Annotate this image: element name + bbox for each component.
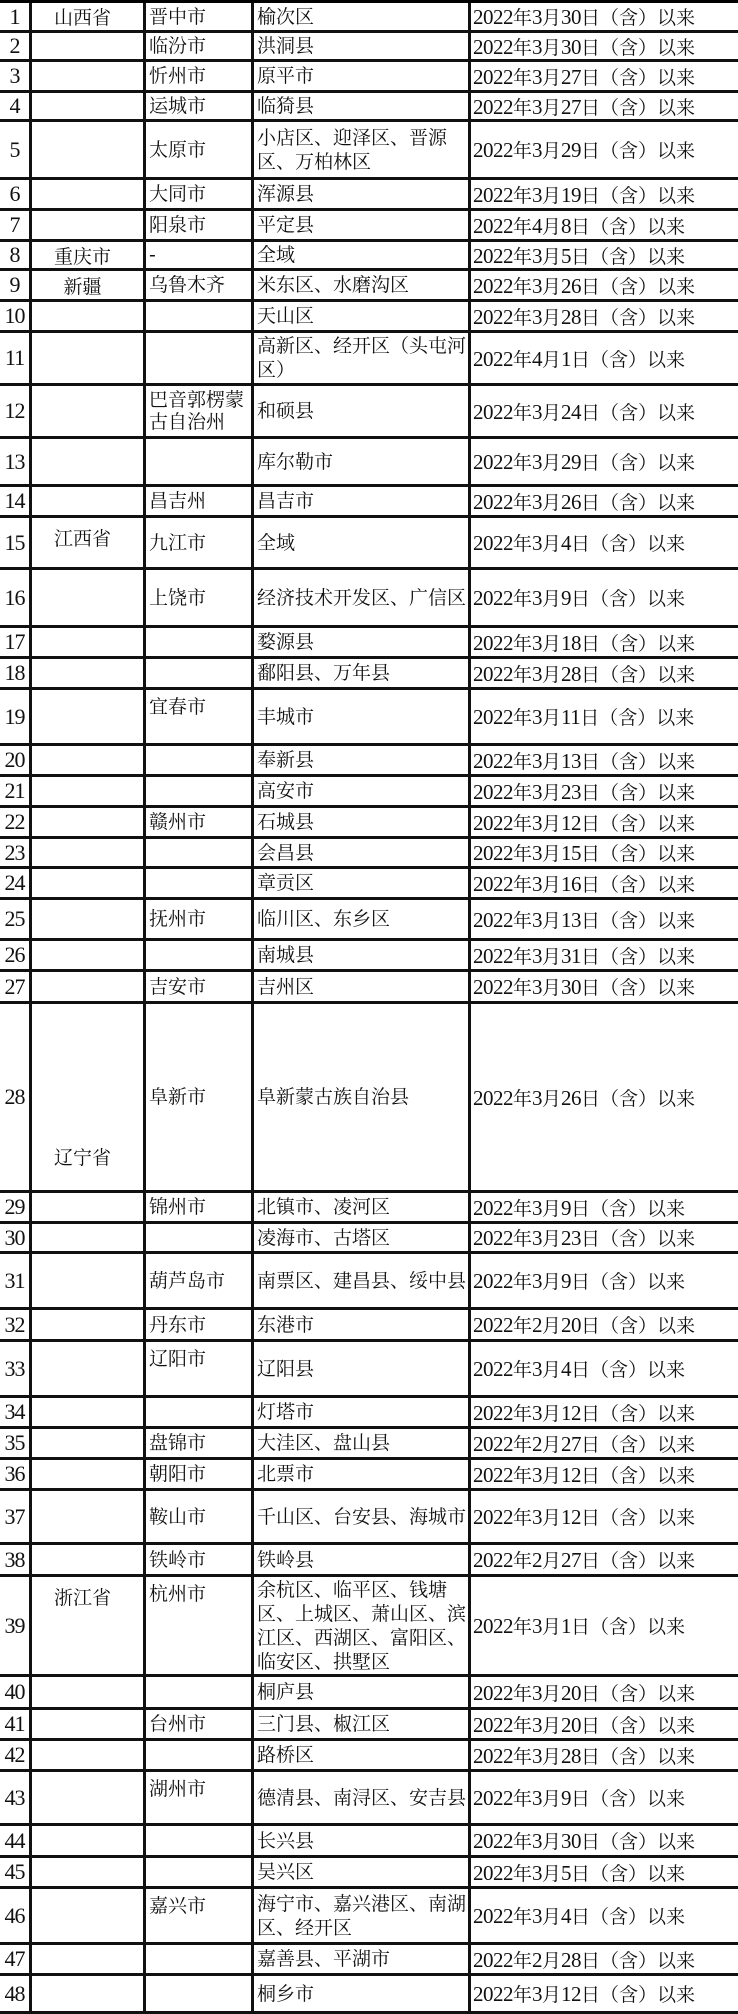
date-cell-text: 2022年3月23日（含）以来 xyxy=(473,1224,695,1251)
row-number-text: 1 xyxy=(10,4,20,30)
table-row: 14昌吉州昌吉市2022年3月26日（含）以来 xyxy=(0,487,738,518)
district-cell-text: 和硕县 xyxy=(257,399,314,423)
city-cell-text: 鞍山市 xyxy=(149,1506,206,1528)
row-number: 22 xyxy=(0,808,32,836)
city-cell-text: 阳泉市 xyxy=(149,214,206,236)
row-number: 16 xyxy=(0,570,32,625)
city-cell-text: 宜春市 xyxy=(149,696,206,718)
district-cell-text: 高安市 xyxy=(257,779,314,803)
province-cell: 浙江省 xyxy=(32,1577,146,1674)
row-number: 7 xyxy=(0,211,32,239)
date-cell: 2022年3月11日（含）以来 xyxy=(471,690,738,743)
date-cell-text: 2022年4月1日（含）以来 xyxy=(473,345,685,372)
city-cell: 九江市 xyxy=(146,518,254,567)
row-number-text: 37 xyxy=(5,1504,25,1530)
district-cell-text: 东港市 xyxy=(257,1313,314,1337)
table-row: 25抚州市临川区、东乡区2022年3月13日（含）以来 xyxy=(0,900,738,941)
row-number-text: 26 xyxy=(5,942,25,968)
row-number: 41 xyxy=(0,1710,32,1738)
district-cell: 全域 xyxy=(254,242,471,268)
city-cell: 台州市 xyxy=(146,1710,254,1738)
city-cell-text: 巴音郭楞蒙古自治州 xyxy=(149,389,251,433)
district-cell-text: 北镇市、凌河区 xyxy=(257,1195,390,1219)
city-cell-text: 朝阳市 xyxy=(149,1463,206,1485)
district-cell: 德清县、南浔区、安吉县 xyxy=(254,1772,471,1823)
date-cell-text: 2022年3月13日（含）以来 xyxy=(473,747,695,774)
district-cell: 米东区、水磨沟区 xyxy=(254,271,471,299)
row-number-text: 3 xyxy=(10,63,20,89)
city-cell-text: 九江市 xyxy=(149,532,206,554)
date-cell: 2022年3月5日（含）以来 xyxy=(471,242,738,268)
date-cell-text: 2022年3月18日（含）以来 xyxy=(473,629,695,656)
date-cell-text: 2022年3月29日（含）以来 xyxy=(473,136,695,163)
district-cell: 海宁市、嘉兴港区、南湖区、经开区 xyxy=(254,1889,471,1942)
date-cell: 2022年3月1日（含）以来 xyxy=(471,1577,738,1674)
city-cell-text: 上饶市 xyxy=(149,587,206,609)
date-cell: 2022年3月28日（含）以来 xyxy=(471,659,738,687)
table-row: 28辽宁省阜新市阜新蒙古族自治县2022年3月26日（含）以来 xyxy=(0,1004,738,1193)
date-cell-text: 2022年3月26日（含）以来 xyxy=(473,488,695,515)
row-number-text: 15 xyxy=(5,530,25,556)
row-number-text: 29 xyxy=(5,1194,25,1220)
district-cell-text: 临川区、东乡区 xyxy=(257,907,390,931)
row-number-text: 30 xyxy=(5,1225,25,1251)
district-cell: 南票区、建昌县、绥中县 xyxy=(254,1254,471,1307)
table-row: 7阳泉市平定县2022年4月8日（含）以来 xyxy=(0,211,738,242)
date-cell-text: 2022年3月27日（含）以来 xyxy=(473,93,695,119)
date-cell-text: 2022年3月11日（含）以来 xyxy=(473,703,694,730)
date-cell-text: 2022年3月30日（含）以来 xyxy=(473,3,695,30)
table-row: 48桐乡市2022年3月12日（含）以来 xyxy=(0,1976,738,2014)
table-row: 5太原市小店区、迎泽区、晋源区、万柏林区2022年3月29日（含）以来 xyxy=(0,122,738,180)
city-cell: 临汾市 xyxy=(146,33,254,59)
row-number: 34 xyxy=(0,1398,32,1426)
date-cell-text: 2022年3月4日（含）以来 xyxy=(473,1902,685,1929)
date-cell-text: 2022年2月20日（含）以来 xyxy=(473,1311,695,1338)
date-cell-text: 2022年3月26日（含）以来 xyxy=(473,272,695,299)
city-cell: 晋中市 xyxy=(146,3,254,30)
row-number: 27 xyxy=(0,972,32,1001)
district-cell-text: 千山区、台安县、海城市 xyxy=(257,1505,466,1529)
table-row: 22赣州市石城县2022年3月12日（含）以来 xyxy=(0,808,738,839)
district-cell-text: 全域 xyxy=(257,243,295,267)
district-cell: 辽阳县 xyxy=(254,1342,471,1395)
city-cell: 葫芦岛市 xyxy=(146,1254,254,1307)
city-cell: 辽阳市 xyxy=(146,1342,254,1395)
district-cell-text: 丰城市 xyxy=(257,705,314,729)
table-row: 17婺源县2022年3月18日（含）以来 xyxy=(0,628,738,659)
row-number-text: 34 xyxy=(5,1399,25,1425)
row-number-text: 43 xyxy=(5,1785,25,1811)
city-cell xyxy=(146,1826,254,1855)
date-cell-text: 2022年3月24日（含）以来 xyxy=(473,398,695,425)
district-cell-text: 高新区、经开区（头屯河区） xyxy=(257,334,466,382)
district-cell: 千山区、台安县、海城市 xyxy=(254,1491,471,1542)
province-cell-text: 浙江省 xyxy=(54,1583,111,1610)
district-cell-text: 德清县、南浔区、安吉县 xyxy=(257,1786,466,1810)
row-number-text: 48 xyxy=(5,1981,25,2007)
city-cell-text: 嘉兴市 xyxy=(149,1895,206,1917)
row-number-text: 42 xyxy=(5,1742,25,1768)
district-cell: 长兴县 xyxy=(254,1826,471,1855)
row-number: 48 xyxy=(0,1976,32,2011)
city-cell xyxy=(146,839,254,866)
province-cell xyxy=(32,1677,146,1707)
table-row: 4运城市临猗县2022年3月27日（含）以来 xyxy=(0,93,738,122)
row-number-text: 16 xyxy=(5,585,25,611)
row-number-text: 9 xyxy=(10,272,20,298)
date-cell-text: 2022年3月15日（含）以来 xyxy=(473,839,695,866)
city-cell xyxy=(146,1398,254,1426)
row-number-text: 35 xyxy=(5,1430,25,1456)
city-cell xyxy=(146,1677,254,1707)
table-row: 21高安市2022年3月23日（含）以来 xyxy=(0,777,738,808)
province-cell xyxy=(32,1858,146,1886)
date-cell: 2022年3月20日（含）以来 xyxy=(471,1677,738,1707)
province-cell xyxy=(32,1398,146,1426)
date-cell-text: 2022年3月4日（含）以来 xyxy=(473,529,685,556)
table-row: 12巴音郭楞蒙古自治州和硕县2022年3月24日（含）以来 xyxy=(0,386,738,439)
city-cell-text: 昌吉州 xyxy=(149,490,206,512)
district-cell: 小店区、迎泽区、晋源区、万柏林区 xyxy=(254,122,471,177)
city-cell-text: 葫芦岛市 xyxy=(149,1270,225,1292)
province-cell xyxy=(32,839,146,866)
district-cell: 平定县 xyxy=(254,211,471,239)
date-cell-text: 2022年3月9日（含）以来 xyxy=(473,1194,685,1221)
district-cell-text: 南票区、建昌县、绥中县 xyxy=(257,1269,466,1293)
table-row: 37鞍山市千山区、台安县、海城市2022年3月12日（含）以来 xyxy=(0,1491,738,1545)
city-cell xyxy=(146,302,254,330)
row-number: 10 xyxy=(0,302,32,330)
table-row: 10天山区2022年3月28日（含）以来 xyxy=(0,302,738,333)
date-cell-text: 2022年3月27日（含）以来 xyxy=(473,63,695,90)
district-cell: 婺源县 xyxy=(254,628,471,656)
date-cell: 2022年3月30日（含）以来 xyxy=(471,1826,738,1855)
city-cell xyxy=(146,1224,254,1251)
district-cell: 鄱阳县、万年县 xyxy=(254,659,471,687)
district-cell-text: 天山区 xyxy=(257,304,314,328)
city-cell xyxy=(146,1741,254,1769)
district-cell: 吴兴区 xyxy=(254,1858,471,1886)
row-number: 37 xyxy=(0,1491,32,1542)
row-number-text: 4 xyxy=(10,93,20,119)
date-cell-text: 2022年3月19日（含）以来 xyxy=(473,181,695,208)
city-cell-text: 大同市 xyxy=(149,183,206,205)
district-cell: 会昌县 xyxy=(254,839,471,866)
row-number: 39 xyxy=(0,1577,32,1674)
row-number: 25 xyxy=(0,900,32,938)
district-cell-text: 洪洞县 xyxy=(257,34,314,58)
table-row: 3忻州市原平市2022年3月27日（含）以来 xyxy=(0,62,738,93)
district-cell: 经济技术开发区、广信区 xyxy=(254,570,471,625)
city-cell xyxy=(146,333,254,383)
city-cell: 杭州市 xyxy=(146,1577,254,1674)
date-cell-text: 2022年3月28日（含）以来 xyxy=(473,1742,695,1769)
date-cell: 2022年3月27日（含）以来 xyxy=(471,62,738,90)
province-cell xyxy=(32,1976,146,2011)
city-cell-text: 辽阳市 xyxy=(149,1348,206,1370)
province-cell xyxy=(32,1826,146,1855)
district-cell-text: 铁岭县 xyxy=(257,1548,314,1572)
province-cell: 重庆市 xyxy=(32,242,146,268)
province-cell xyxy=(32,1772,146,1823)
date-cell: 2022年3月12日（含）以来 xyxy=(471,1976,738,2011)
date-cell-text: 2022年3月12日（含）以来 xyxy=(473,809,695,836)
row-number-text: 5 xyxy=(10,137,20,163)
city-cell: 昌吉州 xyxy=(146,487,254,515)
table-row: 40桐庐县2022年3月20日（含）以来 xyxy=(0,1677,738,1710)
row-number: 44 xyxy=(0,1826,32,1855)
row-number: 21 xyxy=(0,777,32,805)
district-cell-text: 全域 xyxy=(257,531,295,555)
city-cell: 运城市 xyxy=(146,93,254,119)
date-cell-text: 2022年3月28日（含）以来 xyxy=(473,660,695,687)
city-cell xyxy=(146,746,254,774)
city-cell-text: 晋中市 xyxy=(149,6,206,28)
row-number-text: 2 xyxy=(10,33,20,59)
row-number-text: 20 xyxy=(5,747,25,773)
row-number-text: 10 xyxy=(5,303,25,329)
date-cell: 2022年3月16日（含）以来 xyxy=(471,869,738,897)
city-cell xyxy=(146,659,254,687)
date-cell: 2022年3月26日（含）以来 xyxy=(471,271,738,299)
table-row: 43湖州市德清县、南浔区、安吉县2022年3月9日（含）以来 xyxy=(0,1772,738,1826)
row-number: 29 xyxy=(0,1193,32,1221)
table-row: 23会昌县2022年3月15日（含）以来 xyxy=(0,839,738,869)
city-cell xyxy=(146,869,254,897)
row-number-text: 33 xyxy=(5,1356,25,1382)
province-cell xyxy=(32,1224,146,1251)
city-cell: 锦州市 xyxy=(146,1193,254,1221)
province-cell xyxy=(32,1889,146,1942)
date-cell: 2022年3月29日（含）以来 xyxy=(471,439,738,484)
date-cell-text: 2022年3月12日（含）以来 xyxy=(473,1399,695,1426)
row-number: 47 xyxy=(0,1945,32,1973)
row-number: 4 xyxy=(0,93,32,119)
date-cell: 2022年3月9日（含）以来 xyxy=(471,1254,738,1307)
province-cell-text: 辽宁省 xyxy=(54,1143,111,1170)
table-row: 29锦州市北镇市、凌河区2022年3月9日（含）以来 xyxy=(0,1193,738,1224)
date-cell: 2022年3月13日（含）以来 xyxy=(471,900,738,938)
date-cell: 2022年3月27日（含）以来 xyxy=(471,93,738,119)
city-cell xyxy=(146,777,254,805)
district-cell-text: 灯塔市 xyxy=(257,1400,314,1424)
date-cell: 2022年3月4日（含）以来 xyxy=(471,1342,738,1395)
date-cell: 2022年3月9日（含）以来 xyxy=(471,1193,738,1221)
province-cell xyxy=(32,1429,146,1457)
table-row: 13库尔勒市2022年3月29日（含）以来 xyxy=(0,439,738,487)
table-row: 26南城县2022年3月31日（含）以来 xyxy=(0,941,738,972)
date-cell: 2022年3月9日（含）以来 xyxy=(471,570,738,625)
district-cell: 临川区、东乡区 xyxy=(254,900,471,938)
row-number-text: 27 xyxy=(5,974,25,1000)
province-cell xyxy=(32,659,146,687)
table-row: 9新疆乌鲁木齐米东区、水磨沟区2022年3月26日（含）以来 xyxy=(0,271,738,302)
district-cell: 奉新县 xyxy=(254,746,471,774)
date-cell-text: 2022年3月13日（含）以来 xyxy=(473,906,695,933)
city-cell-text: 盘锦市 xyxy=(149,1432,206,1454)
city-cell: 朝阳市 xyxy=(146,1460,254,1488)
table-row: 2临汾市洪洞县2022年3月30日（含）以来 xyxy=(0,33,738,62)
district-cell-text: 长兴县 xyxy=(257,1829,314,1853)
province-cell xyxy=(32,302,146,330)
province-cell xyxy=(32,690,146,743)
row-number: 20 xyxy=(0,746,32,774)
district-cell-text: 昌吉市 xyxy=(257,489,314,513)
city-cell: 嘉兴市 xyxy=(146,1889,254,1942)
district-cell-text: 石城县 xyxy=(257,810,314,834)
table-row: 1山西省晋中市榆次区2022年3月30日（含）以来 xyxy=(0,3,738,33)
date-cell: 2022年2月20日（含）以来 xyxy=(471,1310,738,1339)
table-row: 20奉新县2022年3月13日（含）以来 xyxy=(0,746,738,777)
row-number: 46 xyxy=(0,1889,32,1942)
district-cell: 榆次区 xyxy=(254,3,471,30)
row-number: 38 xyxy=(0,1545,32,1574)
city-cell: 巴音郭楞蒙古自治州 xyxy=(146,386,254,436)
row-number-text: 24 xyxy=(5,870,25,896)
date-cell: 2022年3月24日（含）以来 xyxy=(471,386,738,436)
row-number: 31 xyxy=(0,1254,32,1307)
table-row: 35盘锦市大洼区、盘山县2022年2月27日（含）以来 xyxy=(0,1429,738,1460)
table-row: 16上饶市经济技术开发区、广信区2022年3月9日（含）以来 xyxy=(0,570,738,628)
city-cell xyxy=(146,439,254,484)
row-number-text: 36 xyxy=(5,1461,25,1487)
date-cell: 2022年3月26日（含）以来 xyxy=(471,487,738,515)
table-row: 46嘉兴市海宁市、嘉兴港区、南湖区、经开区2022年3月4日（含）以来 xyxy=(0,1889,738,1945)
row-number-text: 39 xyxy=(5,1613,25,1639)
row-number-text: 25 xyxy=(5,906,25,932)
city-cell-text: - xyxy=(149,244,156,266)
city-cell-text: 铁岭市 xyxy=(149,1549,206,1571)
district-cell-text: 三门县、椒江区 xyxy=(257,1712,390,1736)
district-cell: 洪洞县 xyxy=(254,33,471,59)
row-number-text: 40 xyxy=(5,1679,25,1705)
district-cell-text: 桐乡市 xyxy=(257,1982,314,2006)
region-date-table: 1山西省晋中市榆次区2022年3月30日（含）以来2临汾市洪洞县2022年3月3… xyxy=(0,0,738,2014)
row-number: 13 xyxy=(0,439,32,484)
row-number: 3 xyxy=(0,62,32,90)
row-number-text: 31 xyxy=(5,1268,25,1294)
row-number-text: 32 xyxy=(5,1312,25,1338)
table-row: 6大同市浑源县2022年3月19日（含）以来 xyxy=(0,180,738,211)
district-cell-text: 路桥区 xyxy=(257,1743,314,1767)
table-row: 32丹东市东港市2022年2月20日（含）以来 xyxy=(0,1310,738,1342)
table-row: 31葫芦岛市南票区、建昌县、绥中县2022年3月9日（含）以来 xyxy=(0,1254,738,1310)
province-cell xyxy=(32,941,146,969)
date-cell: 2022年2月27日（含）以来 xyxy=(471,1429,738,1457)
row-number-text: 45 xyxy=(5,1859,25,1885)
table-row: 47嘉善县、平湖市2022年2月28日（含）以来 xyxy=(0,1945,738,1976)
row-number: 17 xyxy=(0,628,32,656)
table-row: 33辽阳市辽阳县2022年3月4日（含）以来 xyxy=(0,1342,738,1398)
row-number-text: 28 xyxy=(5,1084,25,1110)
province-cell-text: 山西省 xyxy=(54,3,111,30)
city-cell: 乌鲁木齐 xyxy=(146,271,254,299)
city-cell: 吉安市 xyxy=(146,972,254,1001)
city-cell xyxy=(146,1976,254,2011)
province-cell xyxy=(32,1254,146,1307)
province-cell xyxy=(32,808,146,836)
row-number-text: 22 xyxy=(5,809,25,835)
row-number: 33 xyxy=(0,1342,32,1395)
date-cell: 2022年3月4日（含）以来 xyxy=(471,1889,738,1942)
district-cell: 天山区 xyxy=(254,302,471,330)
date-cell: 2022年3月23日（含）以来 xyxy=(471,1224,738,1251)
city-cell: 忻州市 xyxy=(146,62,254,90)
district-cell: 桐庐县 xyxy=(254,1677,471,1707)
date-cell-text: 2022年3月9日（含）以来 xyxy=(473,584,685,611)
date-cell-text: 2022年3月9日（含）以来 xyxy=(473,1267,685,1294)
row-number: 35 xyxy=(0,1429,32,1457)
district-cell-text: 北票市 xyxy=(257,1462,314,1486)
district-cell-text: 榆次区 xyxy=(257,5,314,29)
date-cell: 2022年3月12日（含）以来 xyxy=(471,808,738,836)
district-cell: 路桥区 xyxy=(254,1741,471,1769)
table-row: 42路桥区2022年3月28日（含）以来 xyxy=(0,1741,738,1772)
row-number: 11 xyxy=(0,333,32,383)
table-row: 27吉安市吉州区2022年3月30日（含）以来 xyxy=(0,972,738,1004)
date-cell: 2022年3月5日（含）以来 xyxy=(471,1858,738,1886)
city-cell xyxy=(146,1945,254,1973)
city-cell-text: 阜新市 xyxy=(149,1086,206,1108)
date-cell-text: 2022年3月30日（含）以来 xyxy=(473,33,695,59)
province-cell: 新疆 xyxy=(32,271,146,299)
city-cell: 阜新市 xyxy=(146,1004,254,1190)
district-cell: 嘉善县、平湖市 xyxy=(254,1945,471,1973)
date-cell: 2022年4月8日（含）以来 xyxy=(471,211,738,239)
date-cell-text: 2022年3月12日（含）以来 xyxy=(473,1503,695,1530)
province-cell xyxy=(32,93,146,119)
district-cell: 和硕县 xyxy=(254,386,471,436)
row-number: 42 xyxy=(0,1741,32,1769)
city-cell: 鞍山市 xyxy=(146,1491,254,1542)
district-cell-text: 南城县 xyxy=(257,943,314,967)
city-cell-text: 赣州市 xyxy=(149,811,206,833)
date-cell: 2022年3月9日（含）以来 xyxy=(471,1772,738,1823)
district-cell-text: 小店区、迎泽区、晋源区、万柏林区 xyxy=(257,126,466,174)
province-cell xyxy=(32,1491,146,1542)
date-cell: 2022年3月18日（含）以来 xyxy=(471,628,738,656)
province-cell xyxy=(32,869,146,897)
table-row: 36朝阳市北票市2022年3月12日（含）以来 xyxy=(0,1460,738,1491)
date-cell-text: 2022年4月8日（含）以来 xyxy=(473,212,685,239)
row-number-text: 44 xyxy=(5,1828,25,1854)
district-cell-text: 桐庐县 xyxy=(257,1680,314,1704)
district-cell: 原平市 xyxy=(254,62,471,90)
row-number: 40 xyxy=(0,1677,32,1707)
date-cell: 2022年3月12日（含）以来 xyxy=(471,1398,738,1426)
province-cell-text: 新疆 xyxy=(63,272,101,299)
row-number: 15 xyxy=(0,518,32,567)
province-cell xyxy=(32,777,146,805)
province-cell xyxy=(32,386,146,436)
district-cell: 南城县 xyxy=(254,941,471,969)
table-row: 18鄱阳县、万年县2022年3月28日（含）以来 xyxy=(0,659,738,690)
date-cell-text: 2022年2月27日（含）以来 xyxy=(473,1546,695,1573)
row-number: 12 xyxy=(0,386,32,436)
district-cell-text: 吉州区 xyxy=(257,975,314,999)
date-cell: 2022年3月15日（含）以来 xyxy=(471,839,738,866)
date-cell-text: 2022年3月20日（含）以来 xyxy=(473,1679,695,1706)
district-cell-text: 临猗县 xyxy=(257,94,314,118)
district-cell-text: 大洼区、盘山县 xyxy=(257,1431,390,1455)
date-cell: 2022年3月20日（含）以来 xyxy=(471,1710,738,1738)
district-cell-text: 章贡区 xyxy=(257,871,314,895)
province-cell-text: 重庆市 xyxy=(54,242,111,268)
district-cell: 东港市 xyxy=(254,1310,471,1339)
city-cell-text: 太原市 xyxy=(149,139,206,161)
date-cell: 2022年3月30日（含）以来 xyxy=(471,33,738,59)
